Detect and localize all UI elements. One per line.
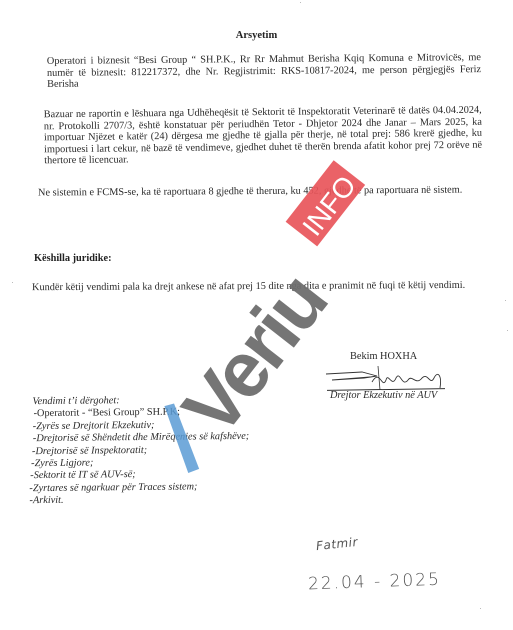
scan-speck bbox=[300, 2, 301, 3]
scan-speck bbox=[350, 200, 351, 201]
signatory-title: Drejtor Ekzekutiv në AUV bbox=[330, 390, 437, 401]
handwritten-note: Fatmir bbox=[315, 535, 358, 553]
document-title: Arsyetim bbox=[0, 30, 513, 41]
document-page: Arsyetim Operatori i biznesit “Besi Grou… bbox=[0, 0, 513, 630]
recipient-item: -Drejtorisë së Shëndetit dhe Mirëqenies … bbox=[33, 431, 249, 446]
scan-speck bbox=[12, 282, 13, 283]
legal-advice-text: Kundër këtij vendimi pala ka drejt ankes… bbox=[32, 280, 482, 294]
paragraph-system: Ne sistemin e FCMS-se, ka të raportuara … bbox=[38, 184, 476, 199]
paragraph-report: Bazuar ne raportin e lëshuara nga Udhëhe… bbox=[44, 105, 483, 168]
scan-speck bbox=[480, 608, 481, 609]
scan-speck bbox=[505, 300, 506, 301]
recipient-item: -Arkivit. bbox=[29, 493, 249, 508]
recipients-list: Vendimi t’i dërgohet: -Operatorit - “Bes… bbox=[29, 394, 250, 508]
handwritten-date: 22.04 - 2025 bbox=[308, 570, 441, 595]
paragraph-operator: Operatori i biznesit “Besi Group “ SH.P.… bbox=[47, 52, 481, 91]
scan-speck bbox=[507, 330, 508, 331]
legal-advice-heading: Këshilla juridike: bbox=[34, 253, 112, 264]
